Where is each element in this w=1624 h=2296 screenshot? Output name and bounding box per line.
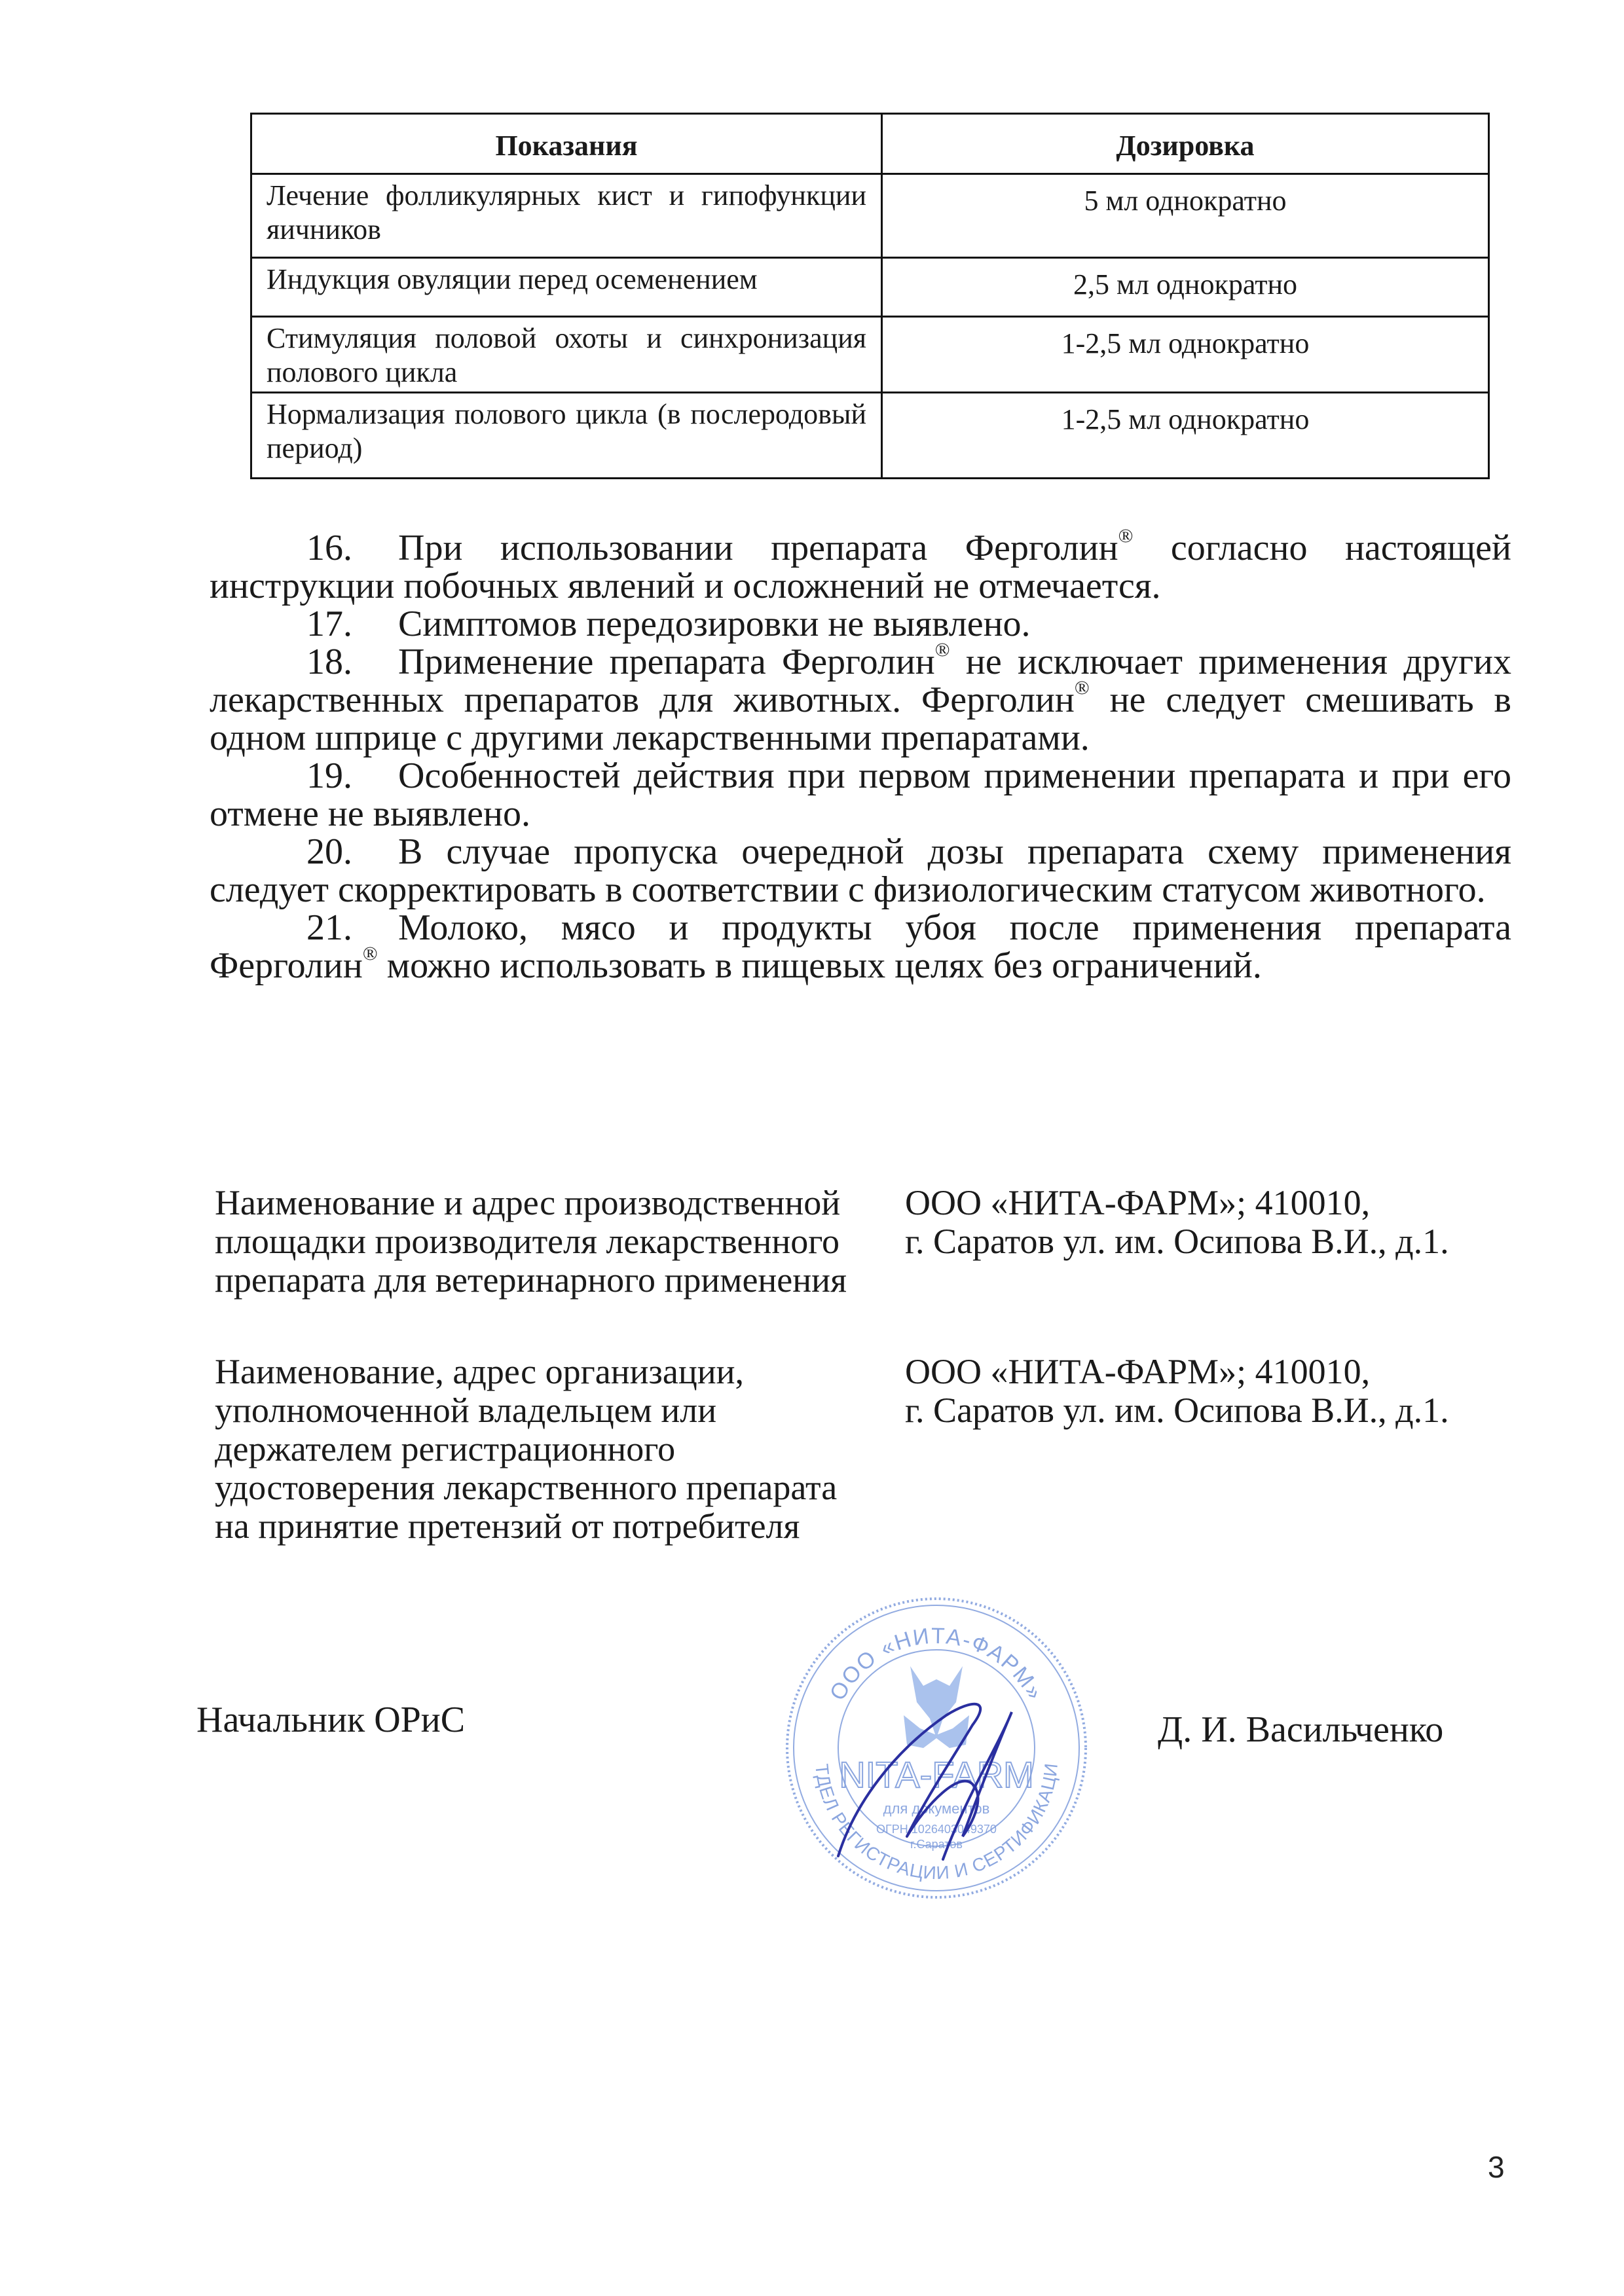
table-row: Лечение фолликулярных кист и гипофункции… [251, 174, 1489, 258]
paragraph-20: 20.В случае пропуска очередной дозы преп… [210, 833, 1511, 909]
paragraph-18: 18.Применение препарата Ферголин® не иск… [210, 643, 1511, 757]
registered-mark: ® [1118, 525, 1134, 547]
header-dosage: Дозировка [882, 114, 1489, 174]
signatory-position: Начальник ОРиС [196, 1699, 465, 1741]
table-row: Стимуляция половой охоты и синхронизация… [251, 317, 1489, 393]
indication-cell: Стимуляция половой охоты и синхронизация… [251, 317, 882, 393]
indication-cell: Нормализация полового цикла (в послеродо… [251, 393, 882, 479]
numbered-paragraphs: 16.При использовании препарата Ферголин®… [210, 529, 1511, 985]
indication-cell: Лечение фолликулярных кист и гипофункции… [251, 174, 882, 258]
manufacturer-address: ООО «НИТА-ФАРМ»; 410010, г. Саратов ул. … [905, 1184, 1527, 1261]
svg-text:г.Саратов: г.Саратов [910, 1838, 963, 1851]
table-header-row: Показания Дозировка [251, 114, 1489, 174]
paragraph-21: 21.Молоко, мясо и продукты убоя после пр… [210, 909, 1511, 985]
table-row: Нормализация полового цикла (в послеродо… [251, 393, 1489, 479]
signatory-name: Д. И. Васильченко [1158, 1709, 1443, 1751]
page-number: 3 [1488, 2149, 1505, 2185]
dosage-cell: 5 мл однократно [882, 174, 1489, 258]
manufacturer-label: Наименование и адрес производственной пл… [215, 1184, 902, 1300]
table-row: Индукция овуляции перед осеменением 2,5 … [251, 258, 1489, 317]
registered-mark: ® [935, 639, 950, 661]
claims-org-address: ООО «НИТА-ФАРМ»; 410010, г. Саратов ул. … [905, 1353, 1527, 1430]
dosage-cell: 1-2,5 мл однократно [882, 393, 1489, 479]
paragraph-17: 17.Симптомов передозировки не выявлено. [210, 605, 1511, 643]
registered-mark: ® [363, 943, 378, 964]
paragraph-19: 19.Особенностей действия при первом прим… [210, 757, 1511, 833]
dosage-cell: 2,5 мл однократно [882, 258, 1489, 317]
claims-org-label: Наименование, адрес организации, уполном… [215, 1353, 902, 1546]
dosage-table: Показания Дозировка Лечение фолликулярны… [250, 113, 1490, 479]
svg-text:ОГРН 1026403049370: ОГРН 1026403049370 [876, 1823, 997, 1836]
indication-cell: Индукция овуляции перед осеменением [251, 258, 882, 317]
stamp-logo-text: NITA-FARM [839, 1754, 1034, 1795]
company-stamp: ООО «НИТА-ФАРМ» ОТДЕЛ РЕГИСТРАЦИИ И СЕРТ… [776, 1588, 1097, 1908]
paragraph-16: 16.При использовании препарата Ферголин®… [210, 529, 1511, 605]
dosage-cell: 1-2,5 мл однократно [882, 317, 1489, 393]
registered-mark: ® [1075, 677, 1090, 699]
header-indication: Показания [251, 114, 882, 174]
